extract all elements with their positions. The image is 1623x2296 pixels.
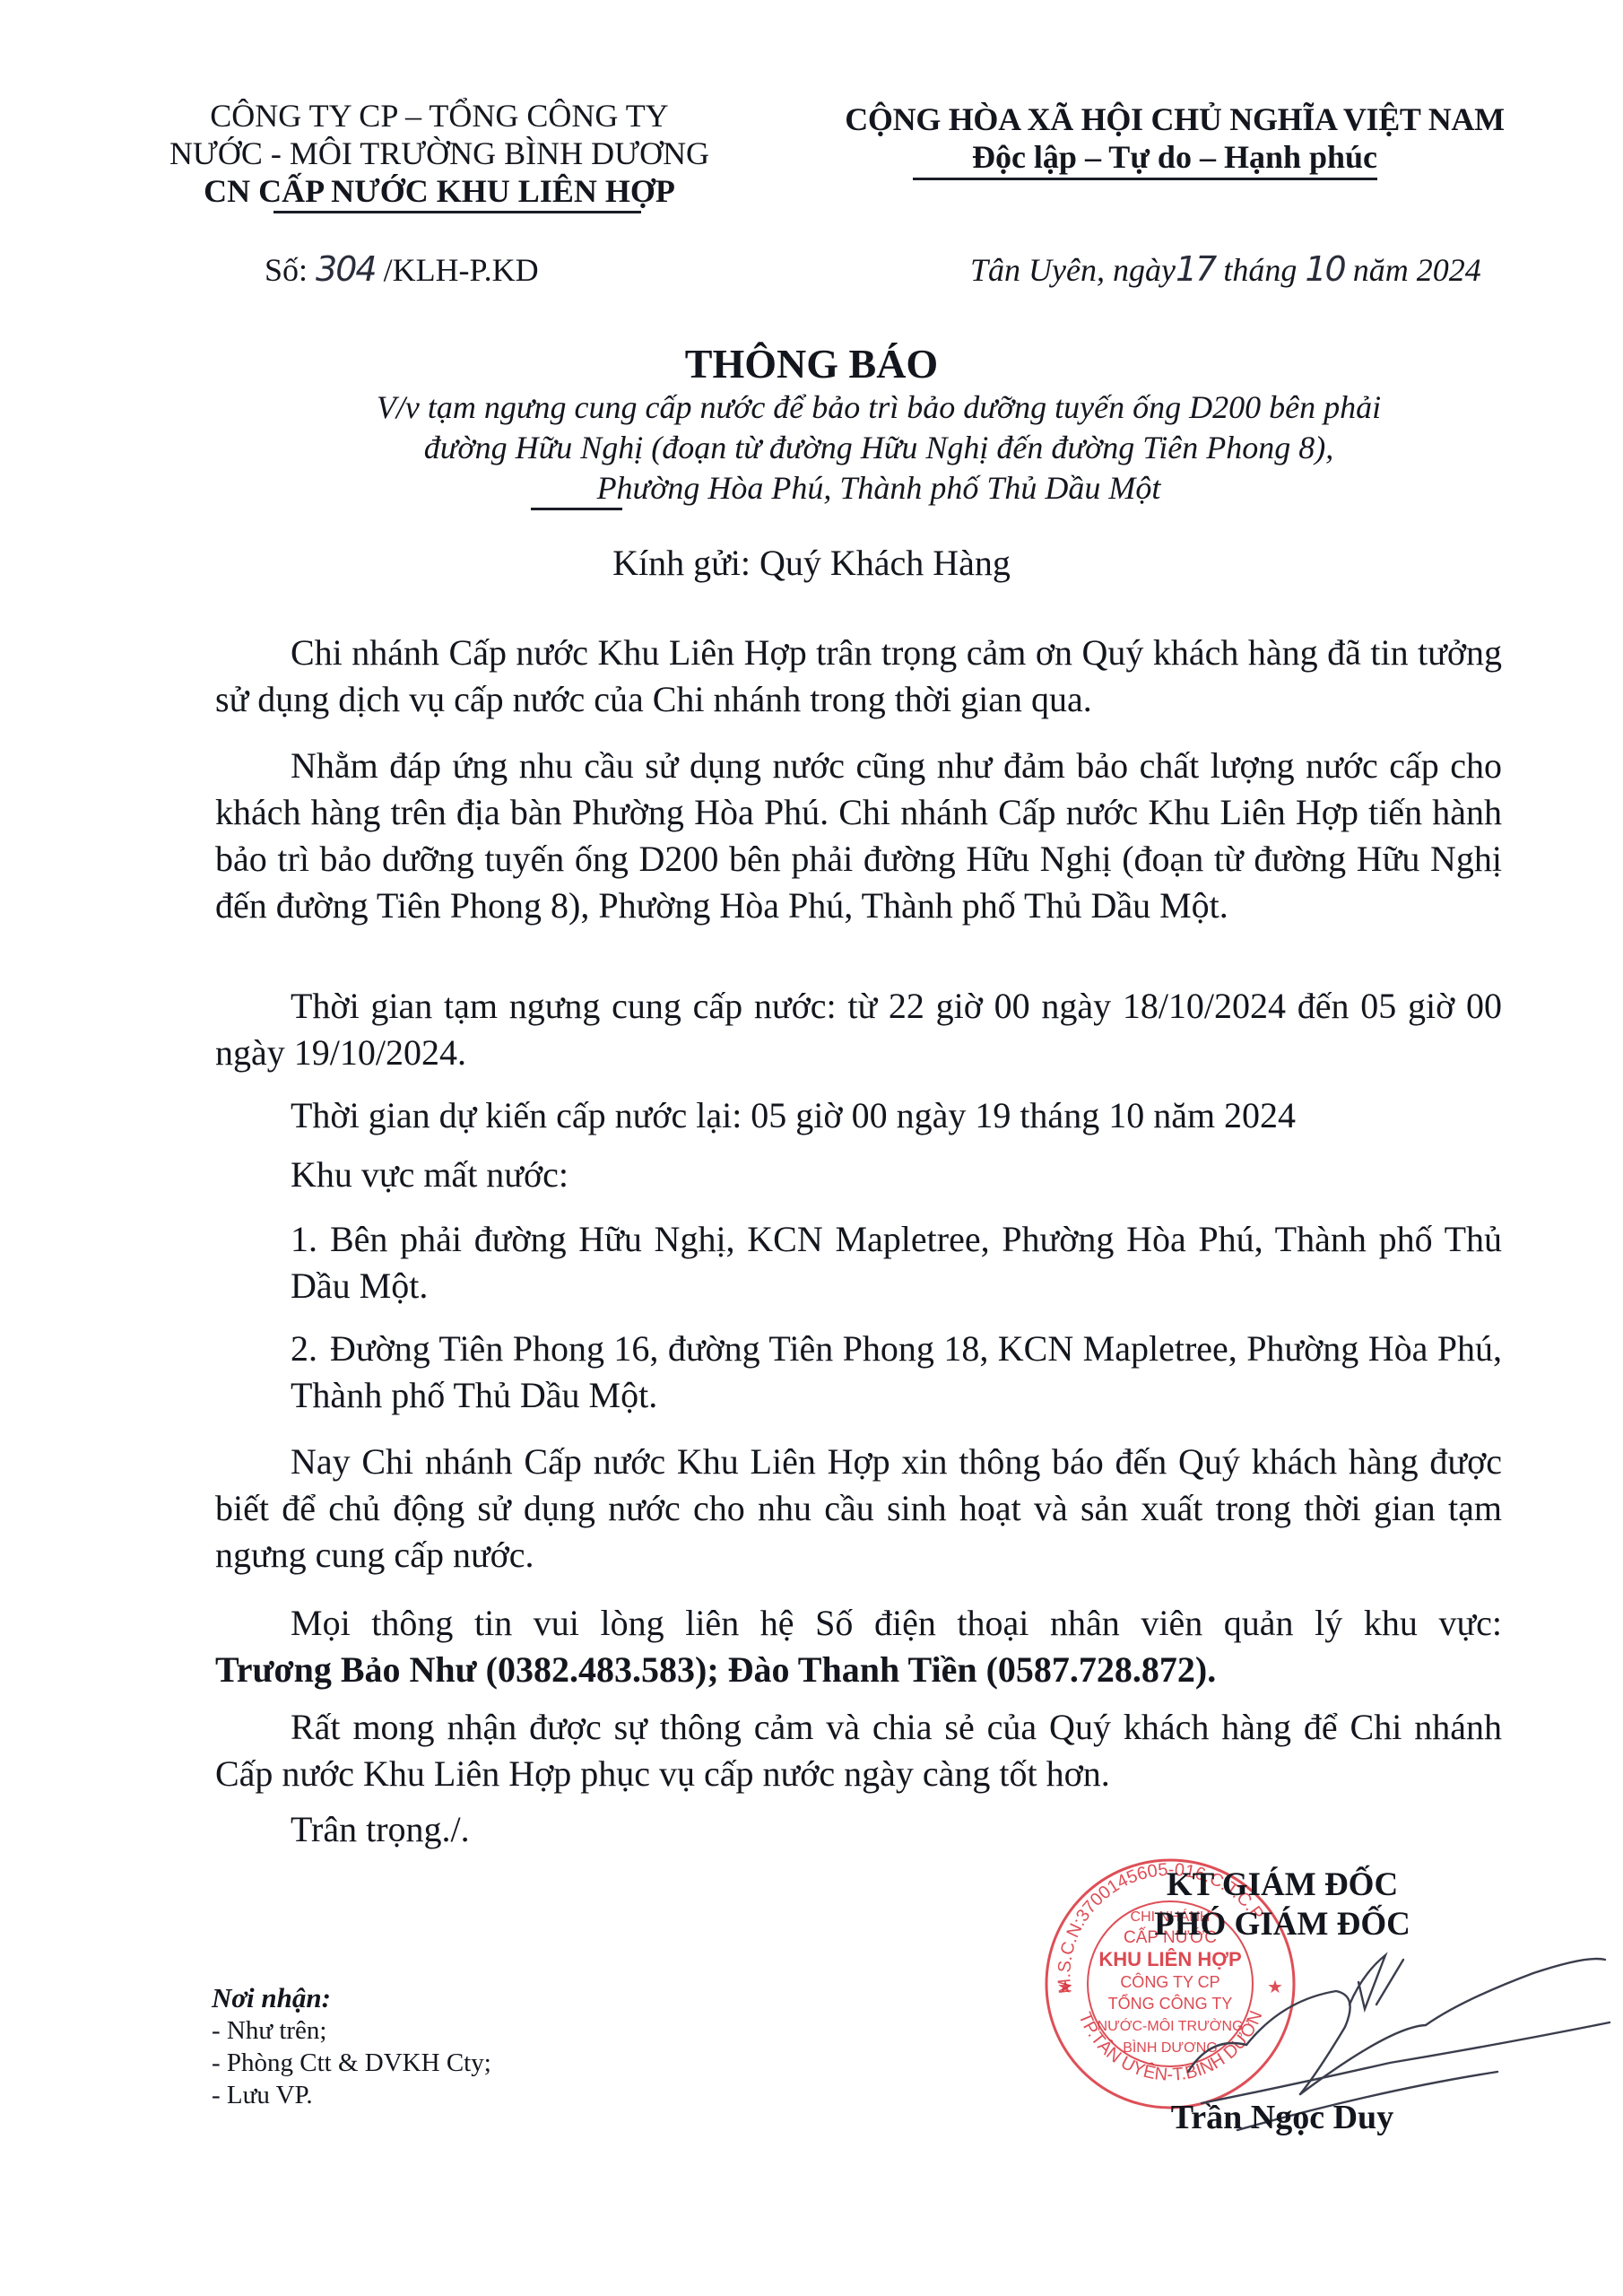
paragraph-affected-label: Khu vực mất nước: bbox=[215, 1152, 1502, 1198]
subject-line-1: V/v tạm ngưng cung cấp nước để bảo trì b… bbox=[341, 387, 1417, 428]
signer-name: Trần Ngọc Duy bbox=[1085, 2097, 1480, 2138]
document-title: THÔNG BÁO bbox=[0, 339, 1623, 389]
signature-title-line-1: KT GIÁM ĐỐC bbox=[1085, 1865, 1480, 1905]
org-line-3: CN CẤP NƯỚC KHU LIÊN HỢP bbox=[152, 172, 726, 210]
paragraph-outage-time: Thời gian tạm ngưng cung cấp nước: từ 22… bbox=[215, 983, 1502, 1076]
affected-area-2: 2.Đường Tiên Phong 16, đường Tiên Phong … bbox=[291, 1326, 1502, 1419]
contact-intro: Mọi thông tin vui lòng liên hệ Số điện t… bbox=[215, 1600, 1502, 1647]
recipient-greeting: Kính gửi: Quý Khách Hàng bbox=[0, 540, 1623, 587]
doc-number-handwritten: 304 bbox=[316, 249, 376, 289]
org-line-3-prefix: CN bbox=[204, 173, 258, 209]
stamp-star-left: ★ bbox=[1057, 1978, 1073, 1997]
doc-number: Số: 304 /KLH-P.KD bbox=[265, 249, 539, 289]
org-header: CÔNG TY CP – TỔNG CÔNG TY NƯỚC - MÔI TRƯ… bbox=[152, 97, 726, 210]
paragraph-notice: Nay Chi nhánh Cấp nước Khu Liên Hợp xin … bbox=[215, 1439, 1502, 1578]
recipients-block: Nơi nhận: - Như trên; - Phòng Ctt & DVKH… bbox=[212, 1982, 491, 2111]
date-day-handwritten: 17 bbox=[1176, 249, 1215, 289]
recipient-item: - Lưu VP. bbox=[212, 2079, 491, 2111]
contact-names-phones: Trương Bảo Như (0382.483.583); Đào Thanh… bbox=[215, 1647, 1502, 1693]
recipient-item: - Phòng Ctt & DVKH Cty; bbox=[212, 2047, 491, 2079]
recipients-label: Nơi nhận: bbox=[212, 1982, 491, 2014]
paragraph-restore-time: Thời gian dự kiến cấp nước lại: 05 giờ 0… bbox=[215, 1092, 1502, 1139]
subject-line-2: đường Hữu Nghị (đoạn từ đường Hữu Nghị đ… bbox=[341, 428, 1417, 468]
org-line-1: CÔNG TY CP – TỔNG CÔNG TY bbox=[152, 97, 726, 135]
date-month-handwritten: 10 bbox=[1305, 249, 1344, 289]
republic-motto: Độc lập – Tự do – Hạnh phúc bbox=[807, 138, 1542, 176]
subject-underline bbox=[531, 508, 622, 510]
org-branch-name: CẤP NƯỚC KHU LIÊN HỢP bbox=[258, 173, 675, 209]
date-line: Tân Uyên, ngày17 tháng 10 năm 2024 bbox=[970, 249, 1481, 289]
document-subject: V/v tạm ngưng cung cấp nước để bảo trì b… bbox=[341, 387, 1417, 509]
paragraph-contact: Mọi thông tin vui lòng liên hệ Số điện t… bbox=[215, 1600, 1502, 1693]
closing: Trân trọng./. bbox=[215, 1806, 1502, 1853]
paragraph-thanks: Chi nhánh Cấp nước Khu Liên Hợp trân trọ… bbox=[215, 630, 1502, 723]
recipient-item: - Như trên; bbox=[212, 2014, 491, 2047]
paragraph-appreciation: Rất mong nhận được sự thông cảm và chia … bbox=[215, 1704, 1502, 1797]
republic-header: CỘNG HÒA XÃ HỘI CHỦ NGHĨA VIỆT NAM Độc l… bbox=[807, 100, 1542, 176]
org-underline bbox=[273, 211, 641, 213]
subject-line-3: Phường Hòa Phú, Thành phố Thủ Dầu Một bbox=[341, 468, 1417, 509]
motto-underline bbox=[913, 178, 1377, 180]
affected-area-1: 1.Bên phải đường Hữu Nghị, KCN Mapletree… bbox=[291, 1216, 1502, 1309]
republic-title: CỘNG HÒA XÃ HỘI CHỦ NGHĨA VIỆT NAM bbox=[807, 100, 1542, 138]
org-line-2: NƯỚC - MÔI TRƯỜNG BÌNH DƯƠNG bbox=[152, 135, 726, 172]
paragraph-maintenance: Nhằm đáp ứng nhu cầu sử dụng nước cũng n… bbox=[215, 743, 1502, 929]
